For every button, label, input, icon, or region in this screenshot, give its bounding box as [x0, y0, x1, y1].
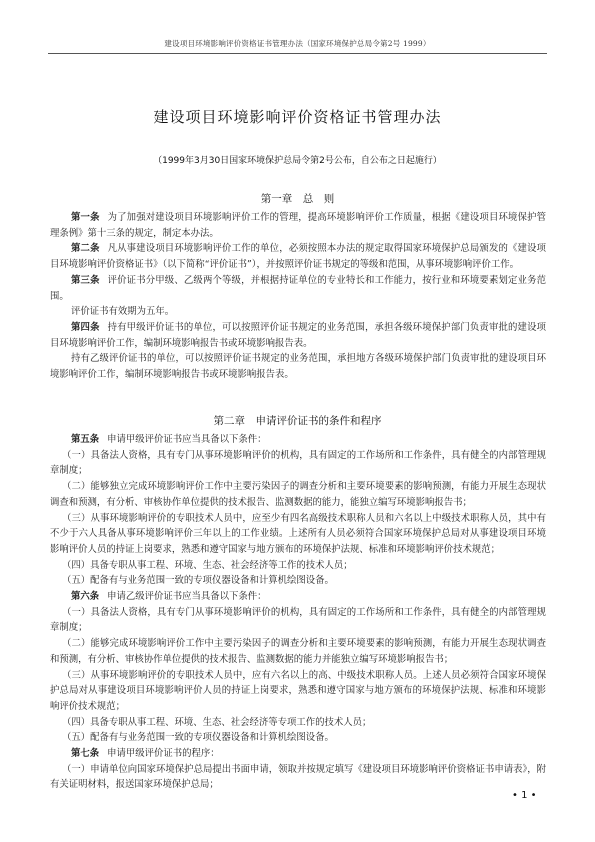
article-5-item-1: （一）具备法人资格，具有专门从事环境影响评价的机构，具有固定的工作场所和工作条件…: [50, 448, 546, 479]
item-text: （一）具备法人资格，具有专门从事环境影响评价的机构，具有固定的工作场所和工作条件…: [50, 450, 546, 477]
running-head: 建设项目环境影响评价资格证书管理办法（国家环境保护总局令第2号 1999）: [48, 38, 547, 49]
article-4-cont: 持有乙级评价证书的单位，可以按照评价证书规定的业务范围，承担地方各级环境保护部门…: [50, 351, 546, 382]
article-4: 第四条持有甲级评价证书的单位，可以按照评价证书规定的业务范围，承担各级环境保护部…: [50, 320, 546, 351]
article-text: 申请甲级评价证书应当具备以下条件：: [107, 434, 266, 445]
article-text: 持有乙级评价证书的单位，可以按照评价证书规定的业务范围，承担地方各级环境保护部门…: [50, 353, 546, 380]
item-text: （五）配备有与业务范围一致的专项仪器设备和计算机绘图设备。: [62, 732, 334, 743]
chapter-2-body: 第五条申请甲级评价证书应当具备以下条件： （一）具备法人资格，具有专门从事环境影…: [50, 432, 546, 793]
article-3-cont: 评价证书有效期为五年。: [50, 304, 546, 320]
article-6-item-4: （四）具备专职从事工程、环境、生态、社会经济等专项工作的技术人员；: [50, 715, 546, 731]
article-5: 第五条申请甲级评价证书应当具备以下条件：: [50, 432, 546, 448]
article-label: 第三条: [71, 275, 100, 286]
article-5-item-5: （五）配备有与业务范围一致的专项仪器设备和计算机绘图设备。: [50, 573, 546, 589]
item-text: （三）从事环境影响评价的专职技术人员中，应至少有四名高级技术职称人员和六名以上中…: [50, 513, 546, 555]
item-text: （四）具备专职从事工程、环境、生态、社会经济等专项工作的技术人员；: [62, 717, 371, 728]
item-text: （五）配备有与业务范围一致的专项仪器设备和计算机绘图设备。: [62, 575, 334, 586]
article-label: 第七条: [71, 748, 99, 759]
article-label: 第四条: [71, 322, 100, 333]
document-title: 建设项目环境影响评价资格证书管理办法: [0, 106, 595, 127]
article-text: 持有甲级评价证书的单位，可以按照评价证书规定的业务范围，承担各级环境保护部门负责…: [50, 322, 546, 349]
article-6-item-2: （二）能够完成环境影响评价工作中主要污染因子的调查分析和主要环境要素的影响预测，…: [50, 636, 546, 667]
article-6-item-5: （五）配备有与业务范围一致的专项仪器设备和计算机绘图设备。: [50, 730, 546, 746]
article-text: 凡从事建设项目环境影响评价工作的单位，必须按照本办法的规定取得国家环境保护总局颁…: [50, 243, 546, 270]
item-text: （一）具备法人资格，具有专门从事环境影响评价的机构，具有固定的工作场所和工作条件…: [50, 607, 546, 634]
item-text: （三）从事环境影响评价的专职技术人员中，应有六名以上的高、中级技术职称人员。上述…: [50, 670, 546, 712]
header-rule: [48, 53, 547, 54]
item-text: （四）具备专职从事工程、环境、生态、社会经济等工作的技术人员；: [62, 560, 353, 571]
article-1: 第一条为了加强对建设项目环境影响评价工作的管理，提高环境影响评价工作质量，根据《…: [50, 210, 546, 241]
article-text: 为了加强对建设项目环境影响评价工作的管理，提高环境影响评价工作质量，根据《建设项…: [50, 212, 546, 239]
article-label: 第五条: [71, 434, 99, 445]
chapter-1-heading: 第一章 总 则: [0, 191, 595, 206]
document-subtitle: （1999年3月30日国家环境保护总局令第2号公布，自公布之日起施行）: [0, 153, 595, 166]
article-5-item-4: （四）具备专职从事工程、环境、生态、社会经济等工作的技术人员；: [50, 558, 546, 574]
article-text: 评价证书分甲级、乙级两个等级，并根据持证单位的专业特长和工作能力，按行业和环境要…: [50, 275, 546, 302]
article-text: 申请乙级评价证书应当具备以下条件：: [107, 591, 266, 602]
article-6-item-1: （一）具备法人资格，具有专门从事环境影响评价的机构，具有固定的工作场所和工作条件…: [50, 605, 546, 636]
article-label: 第二条: [71, 243, 100, 254]
article-6: 第六条申请乙级评价证书应当具备以下条件：: [50, 589, 546, 605]
article-5-item-3: （三）从事环境影响评价的专职技术人员中，应至少有四名高级技术职称人员和六名以上中…: [50, 511, 546, 558]
chapter-1-body: 第一条为了加强对建设项目环境影响评价工作的管理，提高环境影响评价工作质量，根据《…: [50, 210, 546, 383]
article-text: 评价证书有效期为五年。: [71, 306, 174, 317]
article-7: 第七条申请甲级评价证书的程序：: [50, 746, 546, 762]
article-3: 第三条评价证书分甲级、乙级两个等级，并根据持证单位的专业特长和工作能力，按行业和…: [50, 273, 546, 304]
page-number: • 1 •: [512, 790, 537, 801]
chapter-2-heading: 第二章 申请评价证书的条件和程序: [0, 413, 595, 428]
item-text: （一）申请单位向国家环境保护总局提出书面申请，领取并按规定填写《建设项目环境影响…: [50, 764, 546, 791]
article-6-item-3: （三）从事环境影响评价的专职技术人员中，应有六名以上的高、中级技术职称人员。上述…: [50, 668, 546, 715]
article-text: 申请甲级评价证书的程序：: [107, 748, 220, 759]
article-2: 第二条凡从事建设项目环境影响评价工作的单位，必须按照本办法的规定取得国家环境保护…: [50, 241, 546, 272]
article-7-item-1: （一）申请单位向国家环境保护总局提出书面申请，领取并按规定填写《建设项目环境影响…: [50, 762, 546, 793]
article-label: 第一条: [71, 212, 100, 223]
item-text: （二）能够独立完成环境影响评价工作中主要污染因子的调查分析和主要环境要素的影响预…: [50, 481, 546, 508]
article-5-item-2: （二）能够独立完成环境影响评价工作中主要污染因子的调查分析和主要环境要素的影响预…: [50, 479, 546, 510]
article-label: 第六条: [71, 591, 99, 602]
item-text: （二）能够完成环境影响评价工作中主要污染因子的调查分析和主要环境要素的影响预测，…: [50, 638, 546, 665]
